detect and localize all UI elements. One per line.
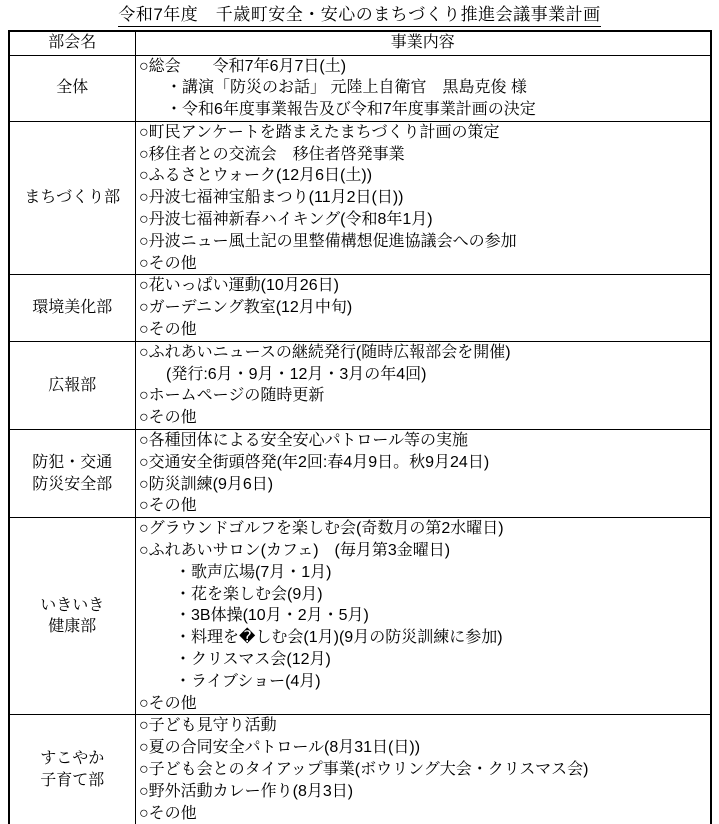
content-line: ○野外活動カレー作り(8月3日) bbox=[139, 781, 710, 803]
department-label: 広報部 bbox=[12, 375, 134, 397]
table-row-koho: 広報部 ○ふれあいニュースの継続発行(随時広報部会を開催) (発行:6月・9月・… bbox=[9, 341, 711, 429]
department-label: 防災安全部 bbox=[12, 474, 134, 496]
content-cell-kankyobika: ○花いっぱい運動(10月26日) ○ガーデニング教室(12月中旬) ○その他 bbox=[136, 275, 711, 341]
department-name-kankyobika: 環境美化部 bbox=[9, 275, 136, 341]
column-header-content: 事業内容 bbox=[136, 31, 711, 55]
content-line: ・料理を�しむ会(1月)(9月の防災訓練に参加) bbox=[139, 627, 710, 649]
department-label: 防犯・交通 bbox=[12, 452, 134, 474]
content-line: ○各種団体による安全安心パトロール等の実施 bbox=[139, 430, 710, 452]
table-row-zentai: 全体 ○総会 令和7年6月7日(土) ・講演「防災のお話」 元陸上自衛官 黒島克… bbox=[9, 55, 711, 121]
content-line: ○花いっぱい運動(10月26日) bbox=[139, 275, 710, 297]
content-line: ○町民アンケートを踏まえたまちづくり計画の策定 bbox=[139, 122, 710, 144]
department-label: 環境美化部 bbox=[12, 297, 134, 319]
department-label: まちづくり部 bbox=[12, 187, 134, 209]
business-plan-table: 部会名 事業内容 全体 ○総会 令和7年6月7日(土) ・講演「防災のお話」 元… bbox=[8, 30, 712, 824]
content-cell-bohan-kotsu: ○各種団体による安全安心パトロール等の実施 ○交通安全街頭啓発(年2回:春4月9… bbox=[136, 430, 711, 518]
title-container: 令和7年度 千歳町安全・安心のまちづくり推進会議事業計画 bbox=[0, 5, 719, 27]
table-row-kankyobika: 環境美化部 ○花いっぱい運動(10月26日) ○ガーデニング教室(12月中旬) … bbox=[9, 275, 711, 341]
department-name-machizukuri: まちづくり部 bbox=[9, 121, 136, 275]
department-label: 全体 bbox=[12, 77, 134, 99]
content-line: ○その他 bbox=[139, 407, 710, 429]
table-row-bohan-kotsu: 防犯・交通 防災安全部 ○各種団体による安全安心パトロール等の実施 ○交通安全街… bbox=[9, 430, 711, 518]
department-name-koho: 広報部 bbox=[9, 341, 136, 429]
content-line: ○総会 令和7年6月7日(土) bbox=[139, 56, 710, 78]
content-cell-zentai: ○総会 令和7年6月7日(土) ・講演「防災のお話」 元陸上自衛官 黒島克俊 様… bbox=[136, 55, 711, 121]
table-row-machizukuri: まちづくり部 ○町民アンケートを踏まえたまちづくり計画の策定 ○移住者との交流会… bbox=[9, 121, 711, 275]
content-line: ○ふるさとウォーク(12月6日(土)) bbox=[139, 165, 710, 187]
content-line: ○ふれあいニュースの継続発行(随時広報部会を開催) bbox=[139, 342, 710, 364]
department-name-zentai: 全体 bbox=[9, 55, 136, 121]
content-cell-koho: ○ふれあいニュースの継続発行(随時広報部会を開催) (発行:6月・9月・12月・… bbox=[136, 341, 711, 429]
content-line: ○ホームページの随時更新 bbox=[139, 385, 710, 407]
column-header-department: 部会名 bbox=[9, 31, 136, 55]
content-cell-machizukuri: ○町民アンケートを踏まえたまちづくり計画の策定 ○移住者との交流会 移住者啓発事… bbox=[136, 121, 711, 275]
table-row-sukoyaka-kosodate: すこやか 子育て部 ○子ども見守り活動 ○夏の合同安全パトロール(8月31日(日… bbox=[9, 715, 711, 824]
document-title: 令和7年度 千歳町安全・安心のまちづくり推進会議事業計画 bbox=[118, 5, 600, 27]
department-label: いきいき bbox=[12, 595, 134, 617]
content-line: ○夏の合同安全パトロール(8月31日(日)) bbox=[139, 737, 710, 759]
content-line: ○丹波七福神新春ハイキング(令和8年1月) bbox=[139, 209, 710, 231]
department-name-ikiiki-kenko: いきいき 健康部 bbox=[9, 518, 136, 715]
content-cell-ikiiki-kenko: ○グラウンドゴルフを楽しむ会(奇数月の第2水曜日) ○ふれあいサロン(カフェ) … bbox=[136, 518, 711, 715]
content-line: ○子ども会とのタイアップ事業(ボウリング大会・クリスマス会) bbox=[139, 759, 710, 781]
document-page: 令和7年度 千歳町安全・安心のまちづくり推進会議事業計画 部会名 事業内容 全体… bbox=[0, 0, 719, 824]
content-line: ○その他 bbox=[139, 253, 710, 275]
content-line: ○丹波七福神宝船まつり(11月2日(日)) bbox=[139, 187, 710, 209]
content-line: (発行:6月・9月・12月・3月の年4回) bbox=[139, 364, 710, 386]
content-line: ・歌声広場(7月・1月) bbox=[139, 562, 710, 584]
content-line: ○丹波ニュー風土記の里整備構想促進協議会への参加 bbox=[139, 231, 710, 253]
department-label: 子育て部 bbox=[12, 770, 134, 792]
content-line: ○子ども見守り活動 bbox=[139, 715, 710, 737]
content-line: ・クリスマス会(12月) bbox=[139, 649, 710, 671]
content-line: ・花を楽しむ会(9月) bbox=[139, 584, 710, 606]
content-line: ・令和6年度事業報告及び令和7年度事業計画の決定 bbox=[139, 99, 710, 121]
content-line: ○ふれあいサロン(カフェ) (毎月第3金曜日) bbox=[139, 540, 710, 562]
content-line: ○グラウンドゴルフを楽しむ会(奇数月の第2水曜日) bbox=[139, 518, 710, 540]
content-line: ○ガーデニング教室(12月中旬) bbox=[139, 297, 710, 319]
content-line: ○交通安全街頭啓発(年2回:春4月9日。秋9月24日) bbox=[139, 452, 710, 474]
content-line: ・ライブショー(4月) bbox=[139, 671, 710, 693]
header-row: 部会名 事業内容 bbox=[9, 31, 711, 55]
content-line: ・講演「防災のお話」 元陸上自衛官 黒島克俊 様 bbox=[139, 77, 710, 99]
department-label: 健康部 bbox=[12, 616, 134, 638]
content-line: ○その他 bbox=[139, 319, 710, 341]
content-line: ○防災訓練(9月6日) bbox=[139, 474, 710, 496]
content-line: ○移住者との交流会 移住者啓発事業 bbox=[139, 144, 710, 166]
content-line: ・3B体操(10月・2月・5月) bbox=[139, 605, 710, 627]
department-label: すこやか bbox=[12, 748, 134, 770]
content-line: ○その他 bbox=[139, 693, 710, 715]
table-row-ikiiki-kenko: いきいき 健康部 ○グラウンドゴルフを楽しむ会(奇数月の第2水曜日) ○ふれあい… bbox=[9, 518, 711, 715]
department-name-sukoyaka-kosodate: すこやか 子育て部 bbox=[9, 715, 136, 824]
department-name-bohan-kotsu: 防犯・交通 防災安全部 bbox=[9, 430, 136, 518]
content-line: ○その他 bbox=[139, 803, 710, 824]
content-line: ○その他 bbox=[139, 495, 710, 517]
content-cell-sukoyaka-kosodate: ○子ども見守り活動 ○夏の合同安全パトロール(8月31日(日)) ○子ども会との… bbox=[136, 715, 711, 824]
